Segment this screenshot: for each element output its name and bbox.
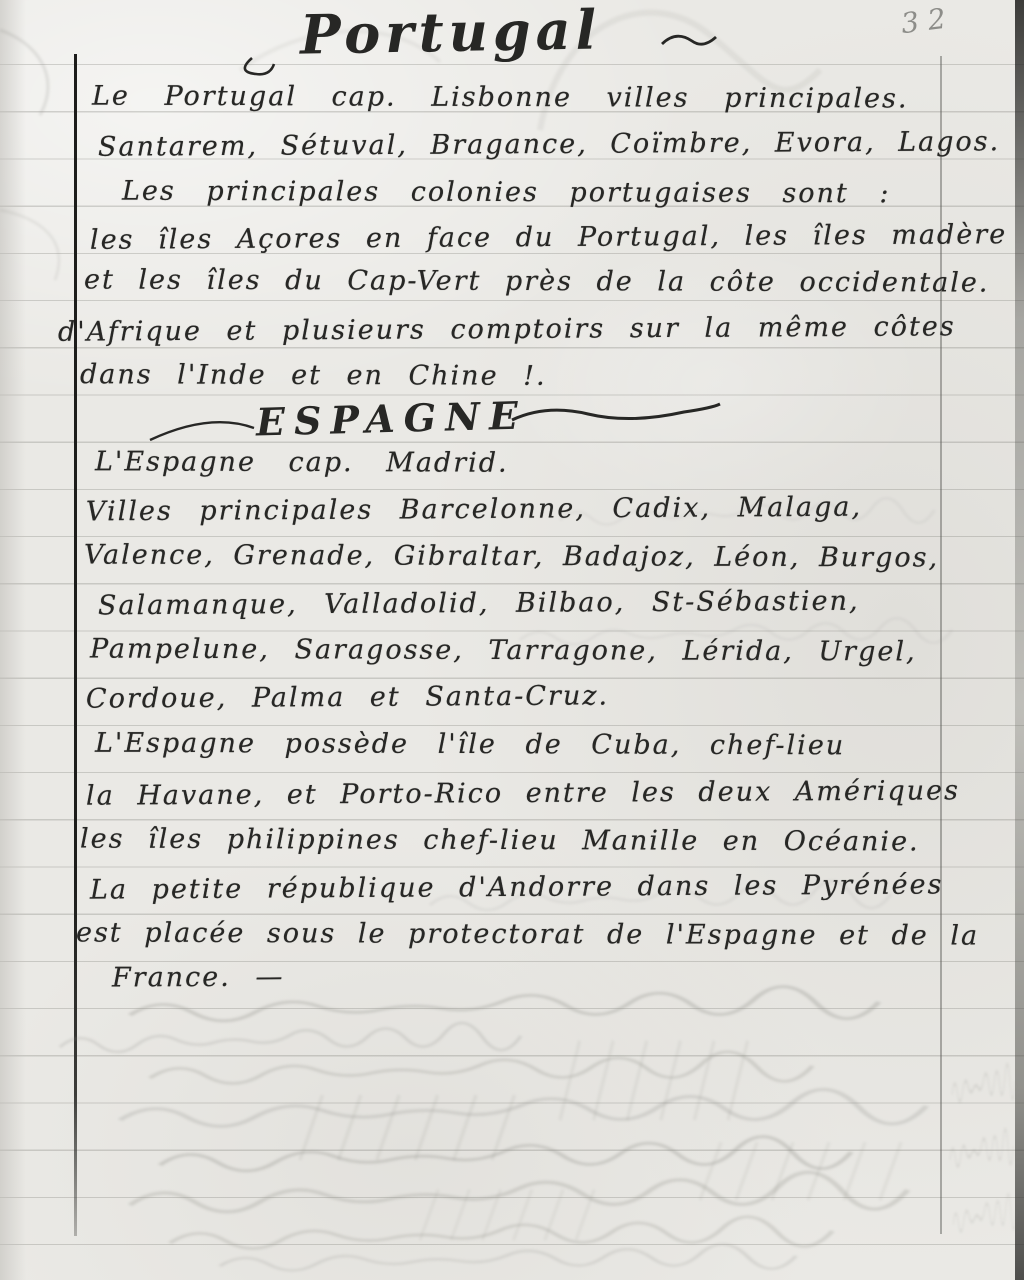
- manuscript-line: Valence, Grenade, Gibraltar, Badajoz, Lé…: [84, 540, 939, 574]
- left-margin-line: [74, 54, 77, 1236]
- manuscript-line: et les îles du Cap-Vert près de la côte …: [84, 264, 990, 298]
- manuscript-line: France. —: [112, 961, 285, 993]
- manuscript-line: Salamanque, Valladolid, Bilbao, St-Sébas…: [98, 586, 860, 622]
- portugal-title: Portugal: [299, 0, 601, 67]
- notebook-page: 32 Portugal Le Portugal cap. Lisbonne vi…: [0, 0, 1024, 1280]
- page-number: 32: [899, 1, 956, 40]
- manuscript-line: L'Espagne possède l'île de Cuba, chef-li…: [95, 728, 845, 762]
- manuscript-line: Le Portugal cap. Lisbonne villes princip…: [92, 81, 909, 115]
- manuscript-line: Cordoue, Palma et Santa-Cruz.: [86, 680, 609, 714]
- manuscript-line: la Havane, et Porto-Rico entre les deux …: [86, 775, 960, 811]
- page-left-shading: [0, 0, 26, 1280]
- manuscript-line: d'Afrique et plusieurs comptoirs sur la …: [58, 311, 956, 347]
- manuscript-line: La petite république d'Andorre dans les …: [90, 869, 944, 905]
- manuscript-line: Santarem, Sétuval, Bragance, Coïmbre, Ev…: [98, 126, 1000, 163]
- manuscript-line: les îles philippines chef-lieu Manille e…: [80, 824, 920, 858]
- manuscript-line: Villes principales Barcelonne, Cadix, Ma…: [86, 492, 862, 528]
- page-edge-shadow: [1015, 0, 1024, 1280]
- manuscript-line: L'Espagne cap. Madrid.: [95, 446, 509, 478]
- manuscript-line: Pampelune, Saragosse, Tarragone, Lérida,…: [90, 634, 917, 668]
- manuscript-line: les îles Açores en face du Portugal, les…: [90, 219, 1007, 256]
- espagne-title: ESPAGNE: [255, 392, 527, 444]
- manuscript-line: Les principales colonies portugaises son…: [122, 176, 891, 210]
- manuscript-line: est placée sous le protectorat de l'Espa…: [76, 917, 979, 951]
- manuscript-line: dans l'Inde et en Chine !.: [80, 359, 547, 392]
